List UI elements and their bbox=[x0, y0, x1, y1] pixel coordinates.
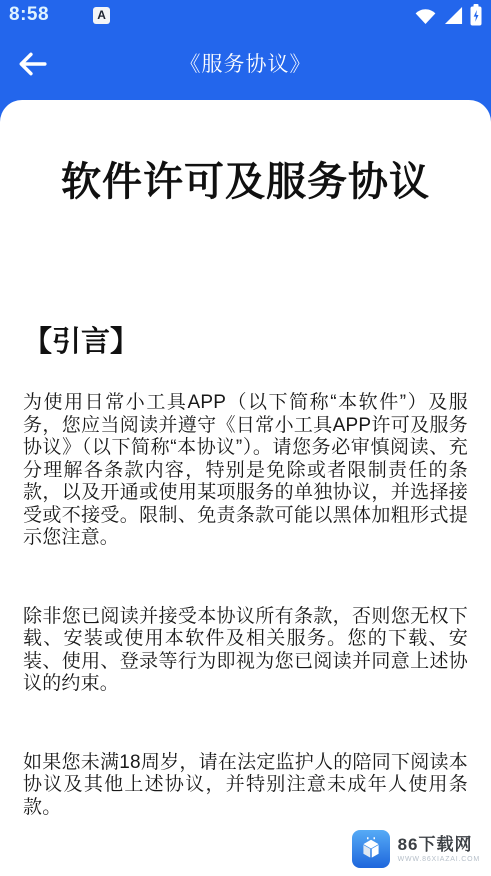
page-title: 《服务协议》 bbox=[0, 30, 491, 100]
watermark: 86下载网 WWW.86XIAZAI.COM bbox=[350, 829, 486, 869]
agreement-paragraph-3: 如果您未满18周岁，请在法定监护人的陪同下阅读本协议及其他上述协议，并特别注意未… bbox=[23, 752, 468, 820]
watermark-site-name: 86下载网 bbox=[398, 835, 480, 854]
battery-charging-icon bbox=[470, 4, 482, 26]
watermark-site-url: WWW.86XIAZAI.COM bbox=[398, 856, 480, 864]
document-title: 软件许可及服务协议 bbox=[23, 152, 468, 212]
download-site-logo-icon bbox=[352, 830, 390, 868]
status-bar-icons bbox=[414, 4, 482, 26]
nav-bar: 《服务协议》 bbox=[0, 30, 491, 100]
status-bar: 8:58 A bbox=[0, 0, 491, 30]
cellular-signal-icon bbox=[444, 6, 463, 25]
app-screen: 8:58 A bbox=[0, 0, 491, 876]
agreement-scroll-area[interactable]: 软件许可及服务协议 【引言】 为使用日常小工具APP（以下简称“本软件”）及服务… bbox=[0, 100, 491, 876]
wifi-icon bbox=[414, 6, 437, 25]
agreement-paragraph-1: 为使用日常小工具APP（以下简称“本软件”）及服务，您应当阅读并遵守《日常小工具… bbox=[23, 392, 468, 550]
watermark-text: 86下载网 WWW.86XIAZAI.COM bbox=[398, 835, 484, 864]
agreement-paragraph-2: 除非您已阅读并接受本协议所有条款，否则您无权下载、安装或使用本软件及相关服务。您… bbox=[23, 606, 468, 696]
notification-app-icon: A bbox=[93, 7, 110, 24]
section-heading-intro: 【引言】 bbox=[23, 322, 468, 362]
clock-text: 8:58 bbox=[9, 4, 49, 26]
